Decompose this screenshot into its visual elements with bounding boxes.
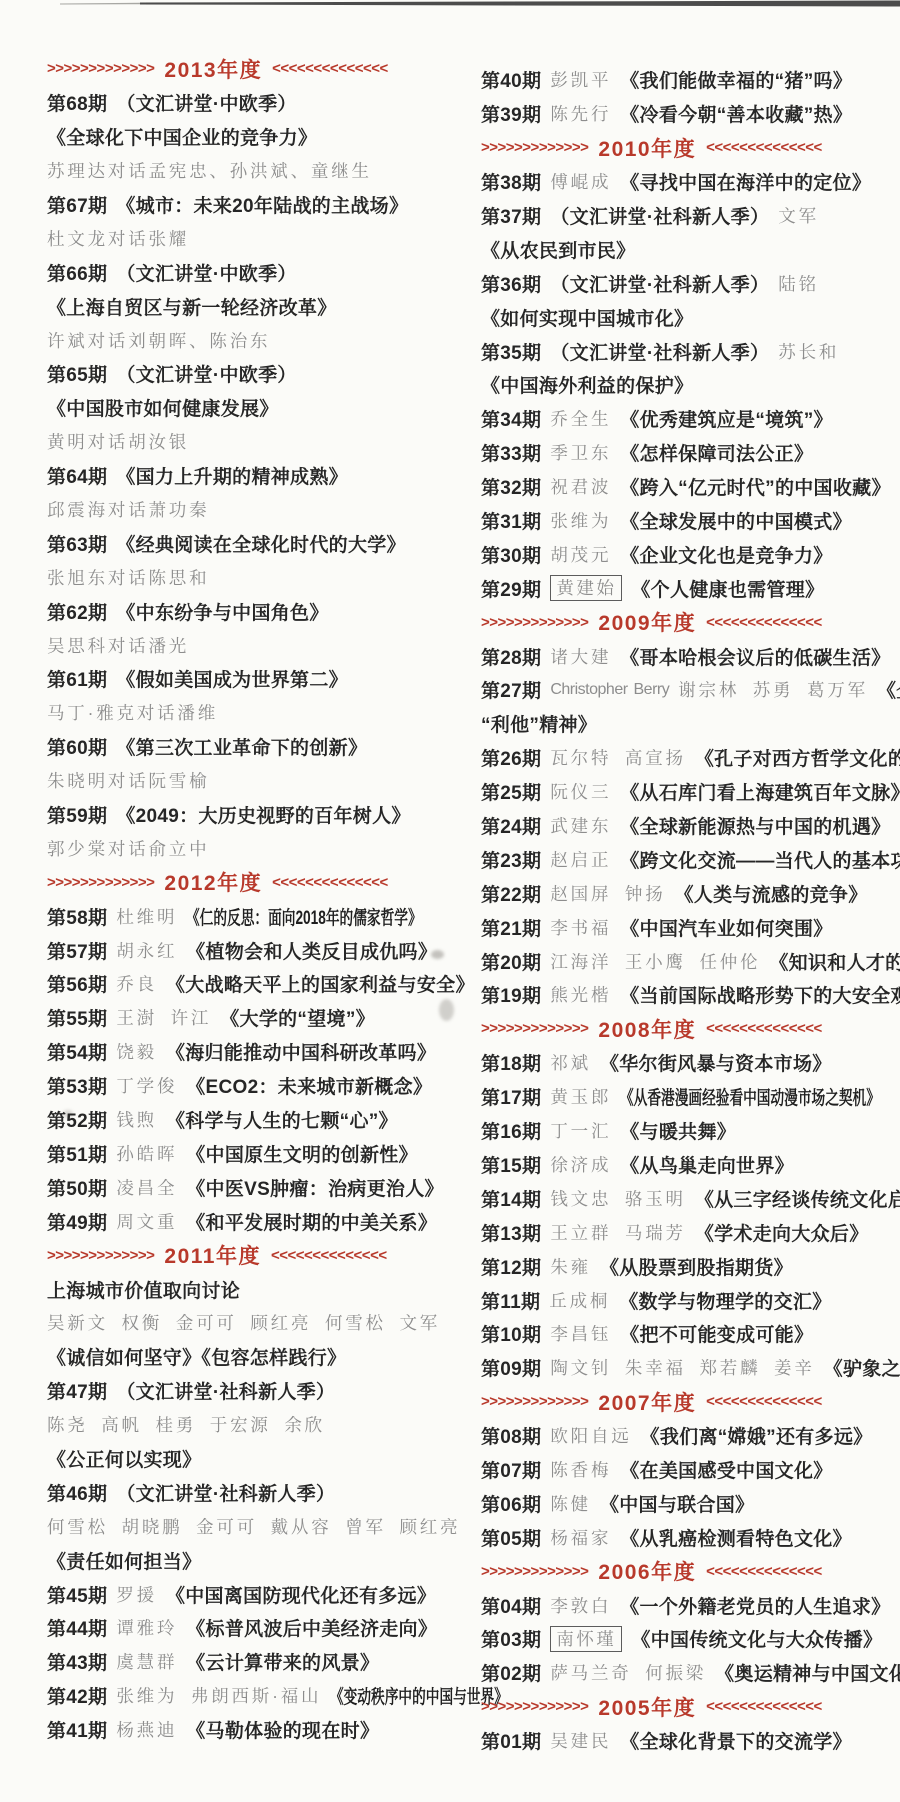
lecture-title: （文汇讲堂·社科新人季）: [550, 338, 769, 365]
episode-line: 第20期江海洋 王小鹰 任仲伦《知识和人才的力量》: [481, 944, 900, 978]
speaker-name: 孙皓晖: [116, 1141, 177, 1166]
speaker-name: 马丁·雅克对话潘维: [47, 700, 218, 725]
speaker-name: 郭少棠对话俞立中: [47, 836, 209, 861]
speaker-name: 许斌对话刘朝晖、陈治东: [47, 328, 270, 353]
lecture-title: 《企业家的: [877, 676, 900, 703]
speaker-name: 钱煦: [116, 1107, 157, 1132]
arrows-left-decoration: >>>>>>>>>>>>>: [47, 60, 154, 77]
episode-number: 第42期: [47, 1682, 107, 1709]
episode-line: 第08期欧阳自远《我们离“嫦娥”还有多远》: [481, 1419, 900, 1453]
episode-number: 第28期: [481, 643, 541, 670]
episode-number: 第34期: [481, 405, 541, 432]
episode-number: 第33期: [481, 439, 541, 466]
episode-line: 第35期（文汇讲堂·社科新人季）苏长和: [481, 334, 900, 368]
episode-line: 第10期李昌钰《把不可能变成可能》: [481, 1317, 900, 1351]
speaker-name: 凌昌全: [116, 1175, 177, 1200]
speaker-name: 诸大建: [550, 644, 611, 669]
lecture-title: 《与暖共舞》: [620, 1117, 736, 1144]
lecture-title: 《企业文化也是竞争力》: [620, 541, 832, 568]
arrows-right-decoration: <<<<<<<<<<<<<<: [706, 614, 822, 631]
lecture-title: 《从鸟巢走向世界》: [620, 1151, 794, 1178]
speaker-name: 王澍 许江: [116, 1005, 211, 1030]
episode-line: 第14期钱文忠 骆玉明《从三字经谈传统文化启蒙》: [481, 1181, 900, 1215]
episode-number: 第59期: [47, 801, 107, 828]
lecture-title: 《中国与联合国》: [600, 1490, 754, 1517]
lecture-title: 《诚信如何坚守》《包容怎样践行》: [47, 1343, 346, 1370]
episode-line: 第03期南怀瑾《中国传统文化与大众传播》: [481, 1622, 900, 1656]
speaker-name: 赵国屏 钟扬: [550, 881, 665, 906]
episode-number: 第15期: [481, 1151, 541, 1178]
arrows-left-decoration: >>>>>>>>>>>>>: [47, 874, 154, 891]
speaker-name: 徐济成: [550, 1152, 611, 1177]
year-section-header: >>>>>>>>>>>>>2006年度<<<<<<<<<<<<<<: [481, 1554, 900, 1588]
lecture-title: 《中医VS肿瘤：治病更治人》: [186, 1174, 444, 1201]
lecture-title: 《假如美国成为世界第二》: [116, 665, 348, 692]
lecture-title: （文汇讲堂·中欧季）: [116, 360, 296, 387]
speaker-name: 吴建民: [550, 1728, 611, 1753]
speaker-name: 陈先行: [550, 101, 611, 126]
speaker-name: 吴新文 权衡 金可可 顾红亮 何雪松 文军: [47, 1310, 440, 1335]
episode-line: 第22期赵国屏 钟扬《人类与流感的竞争》: [481, 876, 900, 910]
lecture-title: 《奥运精神与中国文化》: [715, 1659, 900, 1686]
speaker-name: 丁一汇: [550, 1118, 611, 1143]
arrows-right-decoration: <<<<<<<<<<<<<<: [706, 1393, 822, 1410]
year-section-header: >>>>>>>>>>>>>2009年度<<<<<<<<<<<<<<: [481, 605, 900, 639]
lecture-title: 《公正何以实现》: [47, 1445, 201, 1472]
lecture-title: 《全球发展中的中国模式》: [620, 507, 852, 534]
lecture-title: 《科学与人生的七颗“心”》: [166, 1106, 398, 1133]
speaker-name: 黄玉郎: [550, 1084, 611, 1109]
episode-number: 第08期: [481, 1422, 541, 1449]
speaker-name: 邱震海对话萧功秦: [47, 497, 209, 522]
episode-number: 第46期: [47, 1479, 107, 1506]
episode-number: 第20期: [481, 948, 541, 975]
episode-number: 第54期: [47, 1038, 107, 1065]
episode-line: 第30期胡茂元《企业文化也是竞争力》: [481, 537, 900, 571]
lecture-title: 《第三次工业革命下的创新》: [116, 733, 367, 760]
lecture-title: （文汇讲堂·中欧季）: [116, 89, 296, 116]
year-label: 2007年度: [598, 1387, 696, 1417]
lecture-title: 《跨文化交流——当代人的基本功》: [620, 846, 900, 873]
episode-number: 第01期: [481, 1727, 541, 1754]
episode-number: 第64期: [47, 462, 107, 489]
speaker-name: 李昌钰: [550, 1321, 611, 1346]
episode-number: 第47期: [47, 1377, 107, 1404]
year-label: 2012年度: [164, 867, 262, 897]
speaker-name: 江海洋 王小鹰 任仲伦: [550, 949, 760, 974]
episode-line: 第07期陈香梅《在美国感受中国文化》: [481, 1453, 900, 1487]
speaker-name: 丁学俊: [116, 1073, 177, 1098]
speaker-name: 欧阳自远: [550, 1423, 631, 1448]
lecture-title: 《中国海外利益的保护》: [481, 371, 693, 398]
episode-line: 第09期陶文钊 朱幸福 郑若麟 姜辛《驴象之争背后》: [481, 1351, 900, 1385]
episode-line: 第25期阮仪三《从石库门看上海建筑百年文脉》: [481, 775, 900, 809]
lecture-title: 《人类与流感的竞争》: [675, 880, 868, 907]
episode-number: 第62期: [47, 598, 107, 625]
episode-number: 第18期: [481, 1049, 541, 1076]
episode-line: 第27期Christopher Berry谢宗林 苏勇 葛万军《企业家的: [481, 673, 900, 707]
episode-number: 第51期: [47, 1140, 107, 1167]
episode-number: 第32期: [481, 473, 541, 500]
episode-line: 第40期彭凯平《我们能做幸福的“猪”吗》: [481, 63, 900, 97]
speaker-name: 陶文钊 朱幸福 郑若麟 姜辛: [550, 1355, 814, 1380]
speaker-name: 熊光楷: [550, 982, 611, 1007]
episode-line: 第11期丘成桐《数学与物理学的交汇》: [481, 1283, 900, 1317]
episode-line: 第34期乔全生《优秀建筑应是“境筑”》: [481, 402, 900, 436]
year-label: 2010年度: [598, 133, 696, 163]
episode-number: 第60期: [47, 733, 107, 760]
episode-line: 第02期萨马兰奇 何振梁《奥运精神与中国文化》: [481, 1656, 900, 1690]
arrows-left-decoration: >>>>>>>>>>>>>: [481, 614, 588, 631]
episode-number: 第44期: [47, 1614, 107, 1641]
speaker-name: 张旭东对话陈思和: [47, 565, 209, 590]
arrows-left-decoration: >>>>>>>>>>>>>: [481, 139, 588, 156]
lecture-title: 《ECO2：未来城市新概念》: [186, 1072, 432, 1099]
speaker-name: 陆铭: [778, 271, 819, 296]
lecture-title: 《驴象之争背后》: [824, 1354, 900, 1381]
lecture-title: “利他”精神》: [481, 710, 597, 737]
lecture-title: 《仁的反思：面向2018年的儒家哲学》: [186, 903, 422, 930]
scan-edge-artifact: [0, 0, 900, 16]
episode-line: 《如何实现中国城市化》: [481, 300, 900, 334]
speaker-name: 苏长和: [778, 339, 839, 364]
speaker-name: 杨燕迪: [116, 1717, 177, 1742]
arrows-left-decoration: >>>>>>>>>>>>>: [47, 1247, 154, 1264]
lecture-title: 《从乳癌检测看特色文化》: [620, 1524, 852, 1551]
episode-number: 第23期: [481, 846, 541, 873]
episode-number: 第03期: [481, 1625, 541, 1652]
episode-line: 第39期陈先行《冷看今朝“善本收藏”热》: [481, 97, 900, 131]
speaker-name: 胡永红: [116, 938, 177, 963]
lecture-title: 《责任如何担当》: [47, 1547, 201, 1574]
episode-number: 第04期: [481, 1592, 541, 1619]
episode-number: 第65期: [47, 360, 107, 387]
lecture-title: 《云计算带来的风景》: [186, 1648, 379, 1675]
speaker-name: 傅崐成: [550, 169, 611, 194]
lecture-title: 《如何实现中国城市化》: [481, 304, 693, 331]
episode-number: 第45期: [47, 1581, 107, 1608]
episode-number: 第63期: [47, 530, 107, 557]
year-label: 2006年度: [598, 1556, 696, 1586]
lecture-title: 《跨入“亿元时代”的中国收藏》: [620, 473, 891, 500]
lecture-title: 《从股票到股指期货》: [600, 1253, 793, 1280]
episode-number: 第30期: [481, 541, 541, 568]
arrows-right-decoration: <<<<<<<<<<<<<<: [706, 1698, 822, 1715]
episode-number: 第19期: [481, 981, 541, 1008]
lecture-title: （文汇讲堂·中欧季）: [116, 259, 296, 286]
speaker-name: 周文重: [116, 1209, 177, 1234]
speaker-name: 罗援: [116, 1582, 157, 1607]
episode-line: 第36期（文汇讲堂·社科新人季）陆铭: [481, 266, 900, 300]
lecture-title: 《全球化背景下的交流学》: [620, 1727, 852, 1754]
episode-number: 第26期: [481, 744, 541, 771]
episode-number: 第02期: [481, 1659, 541, 1686]
episode-line: 第15期徐济成《从鸟巢走向世界》: [481, 1148, 900, 1182]
arrows-right-decoration: <<<<<<<<<<<<<<: [706, 1020, 822, 1037]
episode-line: 第19期熊光楷《当前国际战略形势下的大安全观》: [481, 978, 900, 1012]
episode-number: 第11期: [481, 1287, 540, 1314]
speaker-name: 朱晓明对话阮雪榆: [47, 768, 209, 793]
episode-number: 第31期: [481, 507, 541, 534]
speaker-name: 张维为 弗朗西斯·福山: [116, 1683, 321, 1708]
speaker-name: 饶毅: [116, 1039, 157, 1064]
episode-number: 第43期: [47, 1648, 107, 1675]
lecture-title: 《中国原生文明的创新性》: [186, 1140, 418, 1167]
episode-line: 第01期吴建民《全球化背景下的交流学》: [481, 1724, 900, 1758]
speaker-name: 胡茂元: [550, 542, 611, 567]
arrows-left-decoration: >>>>>>>>>>>>>: [481, 1393, 588, 1410]
episode-number: 第38期: [481, 168, 541, 195]
lecture-title: 上海城市价值取向讨论: [47, 1276, 240, 1303]
episode-line: 第21期李书福《中国汽车业如何突围》: [481, 910, 900, 944]
speaker-name: 彭凯平: [550, 67, 611, 92]
lecture-title: 《华尔街风暴与资本市场》: [600, 1049, 832, 1076]
lecture-title: 《学术走向大众后》: [695, 1219, 869, 1246]
speaker-name: 乔良: [116, 971, 157, 996]
lecture-title: 《中国离国防现代化还有多远》: [166, 1581, 436, 1608]
speaker-name: 陈香梅: [550, 1457, 611, 1482]
episode-line: 第31期张维为《全球发展中的中国模式》: [481, 504, 900, 538]
episode-number: 第57期: [47, 937, 107, 964]
episode-number: 第35期: [481, 338, 541, 365]
episode-number: 第16期: [481, 1117, 541, 1144]
speaker-name: 杜文龙对话张耀: [47, 226, 189, 251]
episode-line: 第37期（文汇讲堂·社科新人季）文军: [481, 199, 900, 233]
episode-line: “利他”精神》: [481, 707, 900, 741]
lecture-title: 《植物会和人类反目成仇吗》: [186, 937, 437, 964]
episode-number: 第55期: [47, 1004, 107, 1031]
episode-number: 第50期: [47, 1174, 107, 1201]
speaker-name: 阮仪三: [550, 779, 611, 804]
lecture-title: 《从农民到市民》: [481, 236, 635, 263]
episode-number: 第67期: [47, 191, 107, 218]
speaker-name: 李敦白: [550, 1593, 611, 1618]
lecture-title: 《个人健康也需管理》: [631, 575, 824, 602]
year-label: 2005年度: [598, 1692, 696, 1722]
lecture-title: （文汇讲堂·社科新人季）: [116, 1377, 335, 1404]
year-section-header: >>>>>>>>>>>>>2010年度<<<<<<<<<<<<<<: [481, 131, 900, 165]
arrows-left-decoration: >>>>>>>>>>>>>: [481, 1563, 588, 1580]
lecture-title: 《大战略天平上的国家利益与安全》: [166, 970, 475, 997]
lecture-title: 《一个外籍老党员的人生追求》: [620, 1592, 890, 1619]
year-label: 2009年度: [598, 607, 696, 637]
episode-number: 第13期: [481, 1219, 541, 1246]
lecture-title: 《马勒体验的现在时》: [186, 1716, 379, 1743]
episode-line: 《中国海外利益的保护》: [481, 368, 900, 402]
episode-number: 第25期: [481, 778, 541, 805]
episode-number: 第05期: [481, 1524, 541, 1551]
episode-number: 第40期: [481, 66, 541, 93]
episode-line: 第16期丁一汇《与暖共舞》: [481, 1114, 900, 1148]
episode-line: 第23期赵启正《跨文化交流——当代人的基本功》: [481, 842, 900, 876]
speaker-name-boxed: 南怀瑾: [550, 1626, 622, 1652]
episode-number: 第52期: [47, 1106, 107, 1133]
year-label: 2011年度: [164, 1240, 261, 1270]
speaker-name: Christopher Berry: [550, 681, 669, 699]
lecture-title: 《知识和人才的力量》: [769, 948, 900, 975]
speaker-name: 赵启正: [550, 847, 611, 872]
episode-number: 第06期: [481, 1490, 541, 1517]
episode-line: 第18期祁斌《华尔街风暴与资本市场》: [481, 1046, 900, 1080]
lecture-title: 《中国股市如何健康发展》: [47, 394, 279, 421]
speaker-name-boxed: 黄建始: [550, 575, 622, 601]
episode-line: 第38期傅崐成《寻找中国在海洋中的定位》: [481, 165, 900, 199]
episode-number: 第14期: [481, 1185, 541, 1212]
episode-number: 第27期: [481, 676, 541, 703]
speaker-name: 乔全生: [550, 406, 611, 431]
episode-number: 第09期: [481, 1354, 541, 1381]
episode-number: 第39期: [481, 100, 541, 127]
episode-number: 第37期: [481, 202, 541, 229]
arrows-right-decoration: <<<<<<<<<<<<<<: [272, 874, 388, 891]
speaker-name: 杨福家: [550, 1525, 611, 1550]
speaker-name: 虞慧群: [116, 1649, 177, 1674]
episode-number: 第29期: [481, 575, 541, 602]
lecture-title: （文汇讲堂·社科新人季）: [550, 202, 769, 229]
speaker-name: 钱文忠 骆玉明: [550, 1186, 685, 1211]
episode-line: 第17期黄玉郎《从香港漫画经验看中国动漫市场之契机》: [481, 1080, 900, 1114]
lecture-title: 《2049：大历史视野的百年树人》: [116, 801, 410, 828]
arrows-right-decoration: <<<<<<<<<<<<<<: [272, 60, 388, 77]
lecture-title: 《优秀建筑应是“境筑”》: [620, 405, 833, 432]
lecture-title: 《全球新能源热与中国的机遇》: [620, 812, 890, 839]
episode-number: 第49期: [47, 1208, 107, 1235]
speaker-name: 张维为: [550, 508, 611, 533]
lecture-title: 《从三字经谈传统文化启蒙》: [695, 1185, 900, 1212]
speaker-name: 文军: [778, 203, 819, 228]
arrows-right-decoration: <<<<<<<<<<<<<<: [706, 139, 822, 156]
episode-line: 第13期王立群 马瑞芳《学术走向大众后》: [481, 1215, 900, 1249]
episode-line: 第32期祝君波《跨入“亿元时代”的中国收藏》: [481, 470, 900, 504]
lecture-title: 《上海自贸区与新一轮经济改革》: [47, 293, 337, 320]
episode-number: 第10期: [481, 1320, 541, 1347]
right-column: 第40期彭凯平《我们能做幸福的“猪”吗》第39期陈先行《冷看今朝“善本收藏”热》…: [481, 63, 900, 1758]
lecture-title: 《孔子对西方哲学文化的影响》: [695, 744, 900, 771]
year-section-header: >>>>>>>>>>>>>2007年度<<<<<<<<<<<<<<: [481, 1385, 900, 1419]
episode-number: 第66期: [47, 259, 107, 286]
lecture-title: 《城市：未来20年陆战的主战场》: [116, 191, 408, 218]
lecture-title: 《中东纷争与中国角色》: [116, 598, 328, 625]
arrows-right-decoration: <<<<<<<<<<<<<<: [706, 1563, 822, 1580]
lecture-title: 《冷看今朝“善本收藏”热》: [620, 100, 852, 127]
lecture-title: 《当前国际战略形势下的大安全观》: [620, 981, 900, 1008]
speaker-name: 祝君波: [550, 474, 611, 499]
speaker-name: 祁斌: [550, 1050, 591, 1075]
episode-line: 第04期李敦白《一个外籍老党员的人生追求》: [481, 1588, 900, 1622]
episode-number: 第21期: [481, 914, 541, 941]
lecture-title: 《经典阅读在全球化时代的大学》: [116, 530, 406, 557]
lecture-title: 《和平发展时期的中美关系》: [186, 1208, 437, 1235]
lecture-title: 《从石库门看上海建筑百年文脉》: [620, 778, 900, 805]
episode-number: 第07期: [481, 1456, 541, 1483]
lecture-title: 《海归能推动中国科研改革吗》: [166, 1038, 436, 1065]
lecture-title: 《大学的“望境”》: [220, 1004, 375, 1031]
speaker-name: 陈健: [550, 1491, 591, 1516]
year-label: 2008年度: [598, 1014, 696, 1044]
arrows-left-decoration: >>>>>>>>>>>>>: [481, 1698, 588, 1715]
speaker-name: 何雪松 胡晓鹏 金可可 戴从容 曾军 顾红亮: [47, 1514, 460, 1539]
episode-line: 第24期武建东《全球新能源热与中国的机遇》: [481, 809, 900, 843]
lecture-title: 《数学与物理学的交汇》: [619, 1287, 831, 1314]
speaker-name: 王立群 马瑞芳: [550, 1220, 685, 1245]
episode-number: 第61期: [47, 665, 107, 692]
year-section-header: >>>>>>>>>>>>>2008年度<<<<<<<<<<<<<<: [481, 1012, 900, 1046]
lecture-title: 《把不可能变成可能》: [620, 1320, 813, 1347]
speaker-name: 黄明对话胡汝银: [47, 429, 189, 454]
year-label: 2013年度: [164, 54, 262, 84]
speaker-name: 丘成桐: [549, 1288, 610, 1313]
episode-line: 第12期朱雍《从股票到股指期货》: [481, 1249, 900, 1283]
speaker-name: 谢宗林 苏勇 葛万军: [678, 677, 868, 702]
lecture-title: 《全球化下中国企业的竞争力》: [47, 123, 317, 150]
lecture-title: 《哥本哈根会议后的低碳生活》: [620, 643, 890, 670]
lecture-title: 《寻找中国在海洋中的定位》: [620, 168, 871, 195]
arrows-left-decoration: >>>>>>>>>>>>>: [481, 1020, 588, 1037]
episode-line: 第28期诸大建《哥本哈根会议后的低碳生活》: [481, 639, 900, 673]
speaker-name: 李书福: [550, 915, 611, 940]
episode-line: 《从农民到市民》: [481, 232, 900, 266]
speaker-name: 萨马兰奇 何振梁: [550, 1660, 706, 1685]
speaker-name: 季卫东: [550, 440, 611, 465]
episode-number: 第58期: [47, 903, 107, 930]
episode-number: 第56期: [47, 970, 107, 997]
episode-line: 第26期瓦尔特 高宣扬《孔子对西方哲学文化的影响》: [481, 741, 900, 775]
episode-number: 第36期: [481, 270, 541, 297]
speaker-name: 瓦尔特 高宣扬: [550, 745, 685, 770]
speaker-name: 武建东: [550, 813, 611, 838]
episode-number: 第68期: [47, 89, 107, 116]
episode-number: 第17期: [481, 1083, 541, 1110]
lecture-title: 《我们离“嫦娥”还有多远》: [641, 1422, 873, 1449]
lecture-title: （文汇讲堂·社科新人季）: [550, 270, 769, 297]
year-section-header: >>>>>>>>>>>>>2005年度<<<<<<<<<<<<<<: [481, 1690, 900, 1724]
scanned-lecture-index-page: >>>>>>>>>>>>>2013年度<<<<<<<<<<<<<<第68期（文汇…: [0, 0, 900, 1802]
lecture-title: 《国力上升期的精神成熟》: [116, 462, 348, 489]
speaker-name: 杜维明: [116, 904, 177, 929]
lecture-title: 《中国汽车业如何突围》: [620, 914, 832, 941]
speaker-name: 苏理达对话孟宪忠、孙洪斌、童继生: [47, 158, 372, 183]
lecture-title: 《中国传统文化与大众传播》: [631, 1625, 882, 1652]
episode-line: 第33期季卫东《怎样保障司法公正》: [481, 436, 900, 470]
speaker-name: 朱雍: [550, 1254, 591, 1279]
episode-number: 第41期: [47, 1716, 107, 1743]
episode-number: 第22期: [481, 880, 541, 907]
episode-line: 第29期黄建始《个人健康也需管理》: [481, 571, 900, 605]
speaker-name: 吴思科对话潘光: [47, 633, 189, 658]
lecture-title: 《标普风波后中美经济走向》: [186, 1614, 437, 1641]
episode-number: 第12期: [481, 1253, 541, 1280]
lecture-title: 《怎样保障司法公正》: [620, 439, 813, 466]
episode-number: 第24期: [481, 812, 541, 839]
lecture-title: 《我们能做幸福的“猪”吗》: [620, 66, 852, 93]
episode-number: 第53期: [47, 1072, 107, 1099]
episode-line: 第06期陈健《中国与联合国》: [481, 1486, 900, 1520]
lecture-title: 《从香港漫画经验看中国动漫市场之契机》: [620, 1083, 880, 1110]
lecture-title: （文汇讲堂·社科新人季）: [116, 1479, 335, 1506]
lecture-title: 《在美国感受中国文化》: [620, 1456, 832, 1483]
speaker-name: 谭雅玲: [116, 1615, 177, 1640]
episode-line: 第05期杨福家《从乳癌检测看特色文化》: [481, 1520, 900, 1554]
speaker-name: 陈尧 高帆 桂勇 于宏源 余欣: [47, 1412, 325, 1437]
arrows-right-decoration: <<<<<<<<<<<<<<: [271, 1247, 387, 1264]
